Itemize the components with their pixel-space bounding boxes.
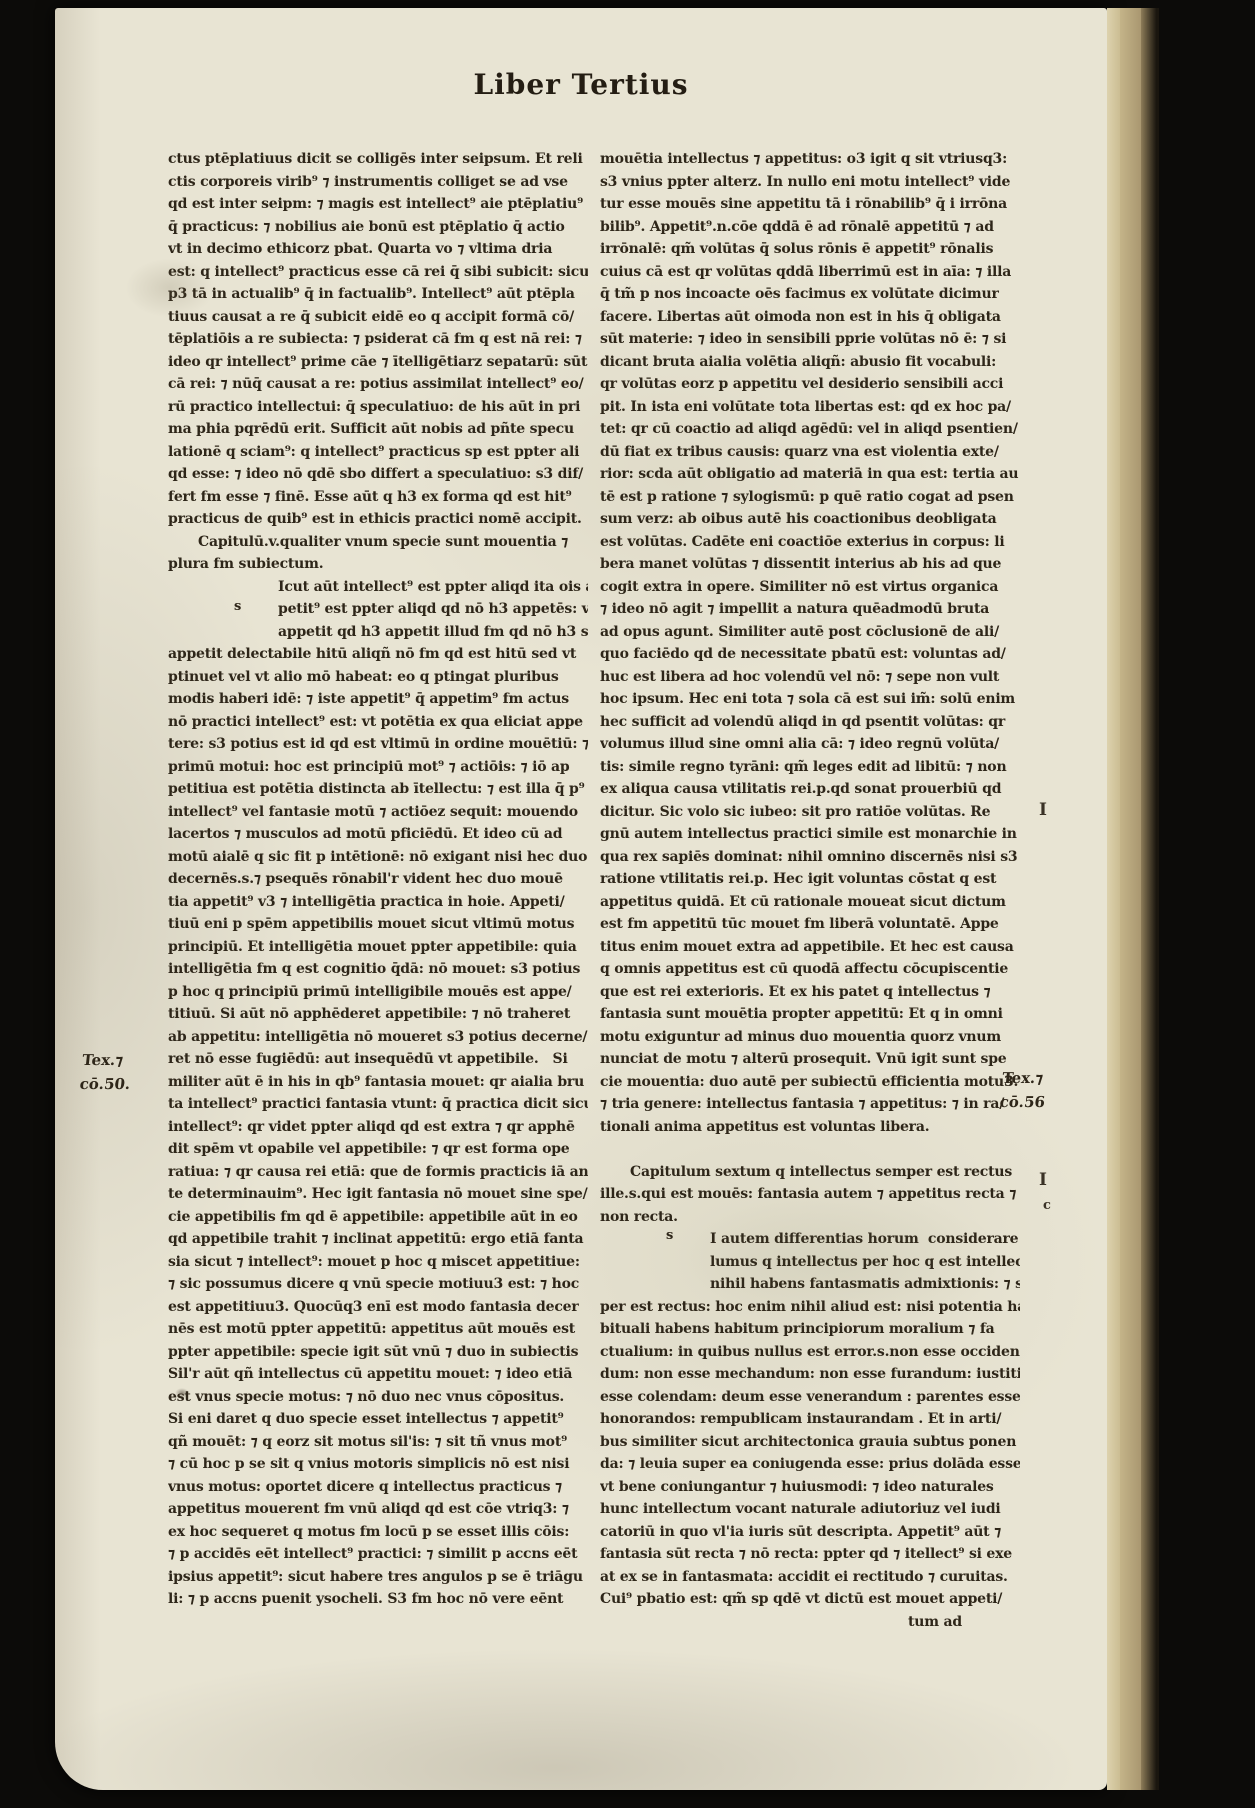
text-line: ppter appetibile: specie igit sūt vnū ⁊ … [168, 1341, 588, 1364]
text-line: Icut aūt intellect⁹ est ppter aliqd ita … [168, 576, 588, 599]
page-edge-fragment: c [1043, 1198, 1051, 1213]
text-line: tē est p ratione ⁊ sylogismū: p quē rati… [600, 486, 1020, 509]
text-line: p hoc q principiū primū intelligibile mo… [168, 981, 588, 1004]
text-line: Cui⁹ pbatio est: qm̃ sp qdē vt dictū est… [600, 1588, 1020, 1611]
text-line: dū fiat ex tribus causis: quarz vna est … [600, 441, 1020, 464]
text-line: vnus motus: oportet dicere q intellectus… [168, 1476, 588, 1499]
text-line: intellect⁹ vel fantasie motū ⁊ actiōez s… [168, 801, 588, 824]
text-line: tionali anima appetitus est voluntas lib… [600, 1116, 1020, 1139]
text-line: da: ⁊ leuia super ea coniugenda esse: pr… [600, 1453, 1020, 1476]
text-line: tiuū eni p spēm appetibilis mouet sicut … [168, 913, 588, 936]
text-line: huc est libera ad hoc volendū vel nō: ⁊ … [600, 666, 1020, 689]
margin-note-right-line2: cō.56 [998, 1090, 1046, 1114]
text-line: I autem differentias horum considerare v… [600, 1228, 1020, 1251]
text-line: tia appetit⁹ v3 ⁊ intelligētia practica … [168, 891, 588, 914]
fore-edge-layer [1107, 8, 1120, 1790]
text-line: quo faciēdo qd de necessitate pbatū est:… [600, 643, 1020, 666]
margin-note-left-line2: cō.50. [78, 1072, 131, 1096]
text-line: motū aialē q sic fit p intētionē: nō exi… [168, 846, 588, 869]
text-line: decernēs.s.⁊ psequēs rōnabil'r vident he… [168, 868, 588, 891]
text-line: lumus q intellectus per hoc q est intell… [600, 1251, 1020, 1274]
text-line: titus enim mouet extra ad appetibile. Et… [600, 936, 1020, 959]
text-line: q omnis appetitus est cū quodā affectu c… [600, 958, 1020, 981]
text-line: ex aliqua causa vtilitatis rei.p.qd sona… [600, 778, 1020, 801]
text-line: intellect⁹: qr videt ppter aliqd qd est … [168, 1116, 588, 1139]
text-line: est fm appetitū tūc mouet fm liberā volu… [600, 913, 1020, 936]
text-line: cuius cā est qr volūtas qddā liberrimū e… [600, 261, 1020, 284]
text-line: lacertos ⁊ musculos ad motū pficiēdū. Et… [168, 823, 588, 846]
page-title: Liber Tertius [55, 68, 1107, 101]
margin-note-left: Tex.⁊ cō.50. [78, 1048, 134, 1096]
text-line: ab appetitu: intelligētia nō moueret s3 … [168, 1026, 588, 1049]
text-line: mouētia intellectus ⁊ appetitus: o3 igit… [600, 148, 1020, 171]
text-line: ⁊ p accidēs eēt intellect⁹ practici: ⁊ s… [168, 1543, 588, 1566]
text-line: appetit qd h3 appetit illud fm qd nō h3 … [168, 621, 588, 644]
text-line: tēplatiōis a re subiecta: ⁊ psiderat cā … [168, 328, 588, 351]
text-line: que est rei exterioris. Et ex his patet … [600, 981, 1020, 1004]
text-line: plura fm subiectum. [168, 553, 588, 576]
text-line: lationē q sciam⁹: q intellect⁹ practicus… [168, 441, 588, 464]
text-line: practicus de quib⁹ est in ethicis practi… [168, 508, 588, 531]
text-line: ctus ptēplatiuus dicit se colligēs inter… [168, 148, 588, 171]
text-line: fert fm esse ⁊ finē. Esse aūt q h3 ex fo… [168, 486, 588, 509]
text-line: hoc ipsum. Hec eni tota ⁊ sola cā est su… [600, 688, 1020, 711]
text-line: ta intellect⁹ practici fantasia vtunt: q… [168, 1093, 588, 1116]
text-line: ex hoc sequeret q motus fm locū p se ess… [168, 1521, 588, 1544]
text-line: q̄ tm̃ p nos incoacte oēs facimus ex vol… [600, 283, 1020, 306]
text-line: ad opus agunt. Similiter autē post cōclu… [600, 621, 1020, 644]
text-line: appetitus quidā. Et cū rationale moueat … [600, 891, 1020, 914]
text-line: rior: scda aūt obligatio ad materiā in q… [600, 463, 1020, 486]
text-line: appetitus mouerent fm vnū aliqd qd est c… [168, 1498, 588, 1521]
text-line: petitiua est potētia distincta ab ītelle… [168, 778, 588, 801]
text-line: hec sufficit ad volendū aliqd in qd psen… [600, 711, 1020, 734]
text-line: vt bene coniungantur ⁊ huiusmodi: ⁊ ideo… [600, 1476, 1020, 1499]
fore-edge-layer [1141, 8, 1159, 1790]
text-line: bituali habens habitum principiorum mora… [600, 1318, 1020, 1341]
book-page: Liber Tertius s ctus ptēplatiuus dicit s… [55, 8, 1107, 1790]
text-line: cogit extra in opere. Similiter nō est v… [600, 576, 1020, 599]
text-line: s3 vnius ppter alterz. In nullo eni motu… [600, 171, 1020, 194]
text-line: ma phia pqrēdū erit. Sufficit aūt nobis … [168, 418, 588, 441]
text-line: p3 tā in actualib⁹ q̄ in factualib⁹. Int… [168, 283, 588, 306]
text-line: te determinauim⁹. Hec igit fantasia nō m… [168, 1183, 588, 1206]
text-line: qd est inter seipm: ⁊ magis est intellec… [168, 193, 588, 216]
text-line: militer aūt ē in his in qb⁹ fantasia mou… [168, 1071, 588, 1094]
text-line: ctualium: in quibus nullus est error.s.n… [600, 1341, 1020, 1364]
catchword: tum ad [600, 1611, 1020, 1634]
text-line: rū practico intellectui: q̄ speculatiuo:… [168, 396, 588, 419]
text-line: pit. In ista eni volūtate tota libertas … [600, 396, 1020, 419]
text-column-right: s mouētia intellectus ⁊ appetitus: o3 ig… [600, 148, 1020, 1633]
text-line: non recta. [600, 1206, 1020, 1229]
text-line: catoriū in quo vl'ia iuris sūt descripta… [600, 1521, 1020, 1544]
text-line: tere: s3 potius est id qd est vltimū in … [168, 733, 588, 756]
text-column-left: s ctus ptēplatiuus dicit se colligēs int… [168, 148, 588, 1611]
page-edge-fragment: I [1039, 800, 1047, 820]
page-edge-fragment: I [1039, 1170, 1047, 1190]
text-line: principiū. Et intelligētia mouet ppter a… [168, 936, 588, 959]
text-line: bus similiter sicut architectonica graui… [600, 1431, 1020, 1454]
text-line: nunciat de motu ⁊ alterū prosequit. Vnū … [600, 1048, 1020, 1071]
text-line: modis haberi idē: ⁊ iste appetit⁹ q̄ app… [168, 688, 588, 711]
text-line: sūt materie: ⁊ ideo in sensibili pprie v… [600, 328, 1020, 351]
guide-letter-chapter5: s [234, 599, 241, 614]
text-line: facere. Libertas aūt oimoda non est in h… [600, 306, 1020, 329]
text-line: Sil'r aūt qñ intellectus cū appetitu mou… [168, 1363, 588, 1386]
text-line: q̄ practicus: ⁊ nobilius aie bonū est pt… [168, 216, 588, 239]
text-line: esse colendam: deum esse venerandum : pa… [600, 1386, 1020, 1409]
text-line: intelligētia fm q est cognitio q̄dā: nō … [168, 958, 588, 981]
text-line: dit spēm vt opabile vel appetibile: ⁊ qr… [168, 1138, 588, 1161]
text-line: tur esse mouēs sine appetitu tā i rōnabi… [600, 193, 1020, 216]
text-line: nēs est motū ppter appetitū: appetitus a… [168, 1318, 588, 1341]
text-line: bilib⁹. Appetit⁹.n.cōe qddā ē ad rōnalē … [600, 216, 1020, 239]
text-line: est appetitiuu3. Quocūq3 enī est modo fa… [168, 1296, 588, 1319]
text-line [600, 1138, 1020, 1161]
text-line: Si eni daret q duo specie esset intellec… [168, 1408, 588, 1431]
text-line: volumus illud sine omni alia cā: ⁊ ideo … [600, 733, 1020, 756]
text-line: petit⁹ est ppter aliqd qd nō h3 appetēs:… [168, 598, 588, 621]
text-line: ptinuet vel vt alio mō habeat: eo q ptin… [168, 666, 588, 689]
text-line: gnū autem intellectus practici simile es… [600, 823, 1020, 846]
text-line: tis: simile regno tyrāni: qm̃ leges edit… [600, 756, 1020, 779]
margin-note-right-line1: Tex.⁊ [1001, 1066, 1049, 1090]
text-line: ratione vtilitatis rei.p. Hec igit volun… [600, 868, 1020, 891]
text-line: motu exiguntur ad minus duo mouentia quo… [600, 1026, 1020, 1049]
text-line: cie appetibilis fm qd ē appetibile: appe… [168, 1206, 588, 1229]
text-line: per est rectus: hoc enim nihil aliud est… [600, 1296, 1020, 1319]
margin-note-left-line1: Tex.⁊ [81, 1048, 134, 1072]
text-line: qñ mouēt: ⁊ q eorz sit motus sil'is: ⁊ s… [168, 1431, 588, 1454]
guide-letter-chapter6: s [666, 1228, 673, 1243]
text-line: fantasia sūt recta ⁊ nō recta: ppter qd … [600, 1543, 1020, 1566]
text-line: ⁊ tria genere: intellectus fantasia ⁊ ap… [600, 1093, 1020, 1116]
text-line: fantasia sunt mouētia propter appetitū: … [600, 1003, 1020, 1026]
text-line: ille.s.qui est mouēs: fantasia autem ⁊ a… [600, 1183, 1020, 1206]
text-line: est: q intellect⁹ practicus esse cā rei … [168, 261, 588, 284]
text-line: appetit delectabile hitū aliqñ nō fm qd … [168, 643, 588, 666]
text-line: nihil habens fantasmatis admixtionis: ⁊ … [600, 1273, 1020, 1296]
text-line: ctis corporeis virib⁹ ⁊ instrumentis col… [168, 171, 588, 194]
text-line: cie mouentia: duo autē per subiectū effi… [600, 1071, 1020, 1094]
text-line: dum: non esse mechandum: non esse furand… [600, 1363, 1020, 1386]
text-line: dicant bruta aialia volētia aliqñ: abusi… [600, 351, 1020, 374]
text-line: Capitulum sextum q intellectus semper es… [600, 1161, 1020, 1184]
text-line: est volūtas. Cadēte eni coactiōe exteriu… [600, 531, 1020, 554]
text-line: qua rex sapiēs dominat: nihil omnino dis… [600, 846, 1020, 869]
text-line: irrōnalē: qm̃ volūtas q̄ solus rōnis ē a… [600, 238, 1020, 261]
text-line: ideo qr intellect⁹ prime cāe ⁊ ītelligēt… [168, 351, 588, 374]
fore-edge-layer [1120, 8, 1141, 1790]
text-line: li: ⁊ p accns puenit ysocheli. S3 fm hoc… [168, 1588, 588, 1611]
text-line: ⁊ ideo nō agit ⁊ impellit a natura quēad… [600, 598, 1020, 621]
text-line: est vnus specie motus: ⁊ nō duo nec vnus… [168, 1386, 588, 1409]
text-line: Capitulū.v.qualiter vnum specie sunt mou… [168, 531, 588, 554]
text-line: ipsius appetit⁹: sicut habere tres angul… [168, 1566, 588, 1589]
text-line: tiuus causat a re q̄ subicit eidē eo q a… [168, 306, 588, 329]
text-line: qd esse: ⁊ ideo nō qdē sbo differt a spe… [168, 463, 588, 486]
text-line: bera manet volūtas ⁊ dissentit interius … [600, 553, 1020, 576]
text-line: cā rei: ⁊ nūq̄ causat a re: potius assim… [168, 373, 588, 396]
text-line: hunc intellectum vocant naturale adiutor… [600, 1498, 1020, 1521]
text-line: ⁊ cū hoc p se sit q vnius motoris simpli… [168, 1453, 588, 1476]
text-line: nō practici intellect⁹ est: vt potētia e… [168, 711, 588, 734]
text-line: ⁊ sic possumus dicere q vnū specie motiu… [168, 1273, 588, 1296]
text-line: ratiua: ⁊ qr causa rei etiā: que de form… [168, 1161, 588, 1184]
text-line: at ex se in fantasmata: accidit ei recti… [600, 1566, 1020, 1589]
text-line: titiuū. Si aūt nō apphēderet appetibile:… [168, 1003, 588, 1026]
text-line: qr volūtas eorz p appetitu vel desiderio… [600, 373, 1020, 396]
margin-note-right: Tex.⁊ cō.56 [998, 1066, 1048, 1114]
text-line: qd appetibile trahit ⁊ inclinat appetitū… [168, 1228, 588, 1251]
text-line: tet: qr cū coactio ad aliqd agēdū: vel i… [600, 418, 1020, 441]
text-line: honorandos: rempublicam instaurandam . E… [600, 1408, 1020, 1431]
text-line: sia sicut ⁊ intellect⁹: mouet p hoc q mi… [168, 1251, 588, 1274]
text-line: dicitur. Sic volo sic iubeo: sit pro rat… [600, 801, 1020, 824]
text-line: primū motui: hoc est principiū mot⁹ ⁊ ac… [168, 756, 588, 779]
text-line: sum verz: ab oibus autē his coactionibus… [600, 508, 1020, 531]
text-line: ret nō esse fugiēdū: aut insequēdū vt ap… [168, 1048, 588, 1071]
text-line: vt in decimo ethicorz pbat. Quarta vo ⁊ … [168, 238, 588, 261]
